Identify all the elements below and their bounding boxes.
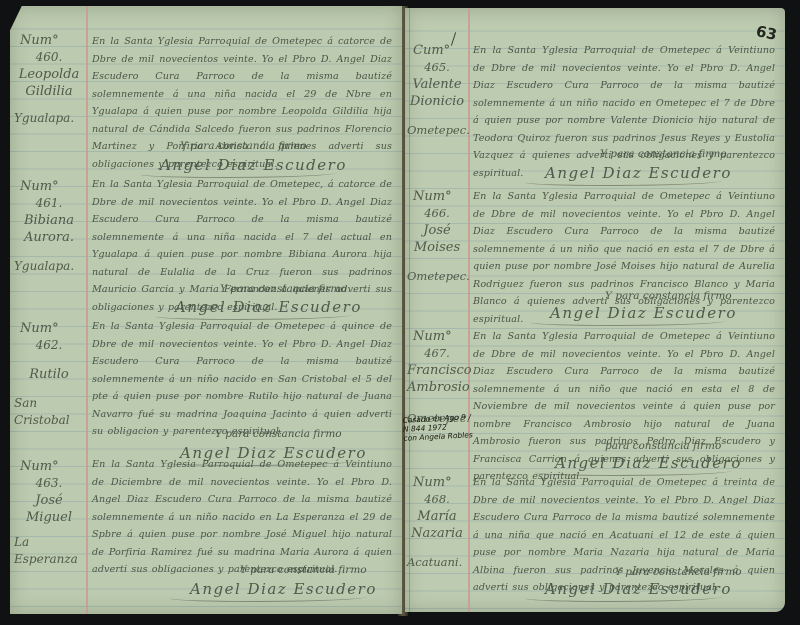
- priest-signature: Angel Diaz Escudero: [160, 156, 347, 174]
- left-page: Num° 460. Leopolda Gildilia Ygualapa. En…: [10, 6, 402, 614]
- closing-formula: Y para constancia firmo: [180, 140, 307, 152]
- child-name: María: [407, 508, 467, 525]
- entry-number-label: Num°: [14, 32, 84, 49]
- child-name: Leopolda: [14, 66, 84, 83]
- child-name: Moises: [407, 239, 467, 256]
- closing-formula: Y para constancia firmo: [215, 428, 342, 440]
- closing-formula: Y para constancia firmo: [615, 566, 742, 578]
- entry-number: 467.: [407, 345, 467, 362]
- priest-signature: Angel Diaz Escudero: [545, 164, 732, 182]
- child-name: Dionicio: [407, 93, 467, 110]
- child-name: Rutilo: [14, 366, 84, 383]
- closing-formula: Y para constancia firmo: [240, 564, 367, 576]
- closing-formula: Y para constancia firmo: [600, 148, 727, 160]
- entry-number: 463.: [14, 475, 84, 492]
- child-name: Gildilia: [14, 83, 84, 100]
- page-number: 63: [754, 22, 778, 44]
- marriage-annotation: Casado en Ago 9 / N 844 1972 con Angela …: [402, 412, 473, 443]
- birth-place: Acatuani.: [407, 554, 467, 571]
- child-name: Miguel: [14, 509, 84, 526]
- entry-number: 460.: [14, 49, 84, 66]
- birth-place: Ometepec.: [407, 268, 467, 285]
- entry-margin: Num° 468. María Nazaria Acatuani.: [407, 474, 467, 571]
- closing-formula: para constancia firmo: [605, 440, 721, 452]
- entry-number-label: Cum°: [407, 42, 467, 59]
- entry-number-label: Num°: [407, 474, 467, 491]
- priest-signature: Angel Diaz Escudero: [545, 580, 732, 598]
- entry-number: 461.: [14, 195, 84, 212]
- priest-signature: Angel Diaz Escudero: [190, 580, 377, 598]
- child-name: Nazaria: [407, 525, 467, 542]
- entry-number: 465.: [407, 59, 467, 76]
- entry-number-label: Num°: [407, 328, 467, 345]
- margin-rule: [468, 8, 470, 612]
- child-name: Francisco: [407, 362, 467, 379]
- entry-number: 462.: [14, 337, 84, 354]
- margin-rule: [86, 6, 88, 614]
- entry-margin: Num° 460. Leopolda Gildilia Ygualapa.: [14, 32, 84, 127]
- entry-margin: Num° 466. José Moises Ometepec.: [407, 188, 467, 285]
- entry-body: En la Santa Yglesia Parroquial de Ometep…: [92, 176, 392, 316]
- entry-number: 468.: [407, 491, 467, 508]
- entry-body: En la Santa Yglesia Parroquial de Ometep…: [473, 42, 775, 182]
- child-name: Ambrosio: [407, 379, 467, 396]
- closing-formula: Y para constancia firmo: [220, 283, 347, 295]
- entry-body: En la Santa Yglesia Parroquial de Ometep…: [92, 456, 392, 579]
- entry-body: En la Santa Yglesia Parroquial de Ometep…: [473, 474, 775, 597]
- birth-place: La Esperanza: [14, 534, 84, 568]
- birth-place: Ygualapa.: [14, 258, 84, 275]
- entry-margin: Num° 462. Rutilo San Cristobal: [14, 320, 84, 429]
- entry-number-label: Num°: [407, 188, 467, 205]
- priest-signature: Angel Diaz Escudero: [555, 454, 742, 472]
- entry-body: En la Santa Yglesia Parroquial de Ometep…: [92, 318, 392, 441]
- child-name: Aurora.: [14, 229, 84, 246]
- birth-place: Ygualapa.: [14, 110, 84, 127]
- entry-number: 466.: [407, 205, 467, 222]
- entry-number-label: Num°: [14, 458, 84, 475]
- entry-body: En la Santa Yglesia Parroquial de Ometep…: [92, 33, 392, 173]
- closing-formula: Y para constancia firmo: [605, 290, 732, 302]
- child-name: José: [14, 492, 84, 509]
- priest-signature: Angel Diaz Escudero: [175, 298, 362, 316]
- entry-margin: Num° 463. José Miguel La Esperanza: [14, 458, 84, 568]
- entry-number-label: Num°: [14, 178, 84, 195]
- priest-signature: Angel Diaz Escudero: [550, 304, 737, 322]
- entry-number-label: Num°: [14, 320, 84, 337]
- birth-place: Ometepec.: [407, 122, 467, 139]
- child-name: José: [407, 222, 467, 239]
- entry-margin: Cum° 465. Valente Dionicio Ometepec.: [407, 42, 467, 139]
- right-page: 63 Cum° 465. Valente Dionicio Ometepec. …: [405, 8, 785, 612]
- entry-margin: Num° 461. Bibiana Aurora. Ygualapa.: [14, 178, 84, 275]
- child-name: Bibiana: [14, 212, 84, 229]
- child-name: Valente: [407, 76, 467, 93]
- birth-place: San Cristobal: [14, 395, 84, 429]
- ledger-spread: Num° 460. Leopolda Gildilia Ygualapa. En…: [0, 0, 800, 625]
